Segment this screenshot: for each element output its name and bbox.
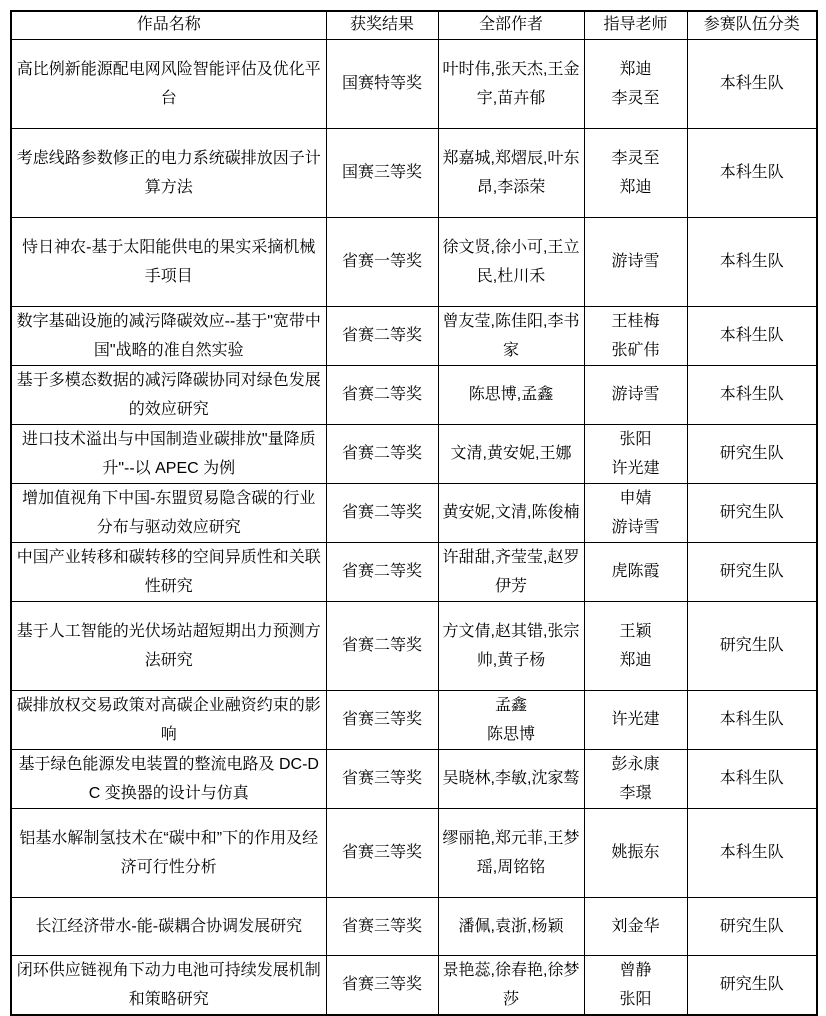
cell-title: 闭环供应链视角下动力电池可持续发展机制和策略研究 bbox=[11, 955, 326, 1015]
cell-advisors: 曾静 张阳 bbox=[584, 955, 687, 1015]
table-row: 基于人工智能的光伏场站超短期出力预测方法研究 省赛二等奖 方文倩,赵其错,张宗帅… bbox=[11, 601, 817, 690]
page: 作品名称 获奖结果 全部作者 指导老师 参赛队伍分类 高比例新能源配电网风险智能… bbox=[0, 0, 826, 1012]
cell-category: 研究生队 bbox=[687, 955, 817, 1015]
cell-authors: 许甜甜,齐莹莹,赵罗伊芳 bbox=[438, 542, 584, 601]
cell-category: 本科生队 bbox=[687, 749, 817, 808]
cell-title: 增加值视角下中国-东盟贸易隐含碳的行业分布与驱动效应研究 bbox=[11, 483, 326, 542]
cell-advisors: 彭永康 李璟 bbox=[584, 749, 687, 808]
table-row: 恃日神农-基于太阳能供电的果实采摘机械手项目 省赛一等奖 徐文贤,徐小可,王立民… bbox=[11, 217, 817, 306]
cell-award: 省赛二等奖 bbox=[326, 365, 438, 424]
awards-table: 作品名称 获奖结果 全部作者 指导老师 参赛队伍分类 高比例新能源配电网风险智能… bbox=[10, 10, 818, 1016]
table-row: 数字基础设施的减污降碳效应--基于"宽带中国"战略的准自然实验 省赛二等奖 曾友… bbox=[11, 306, 817, 365]
table-row: 基于绿色能源发电装置的整流电路及 DC-DC 变换器的设计与仿真 省赛三等奖 吴… bbox=[11, 749, 817, 808]
cell-authors: 潘佩,袁浙,杨颖 bbox=[438, 897, 584, 955]
table-row: 进口技术溢出与中国制造业碳排放"量降质升"--以 APEC 为例 省赛二等奖 文… bbox=[11, 424, 817, 483]
cell-advisors: 申婧 游诗雪 bbox=[584, 483, 687, 542]
cell-award: 国赛三等奖 bbox=[326, 128, 438, 217]
cell-award: 省赛三等奖 bbox=[326, 955, 438, 1015]
cell-authors: 孟鑫 陈思博 bbox=[438, 690, 584, 749]
table-row: 闭环供应链视角下动力电池可持续发展机制和策略研究 省赛三等奖 景艳蕊,徐春艳,徐… bbox=[11, 955, 817, 1015]
header-authors: 全部作者 bbox=[438, 11, 584, 39]
cell-category: 本科生队 bbox=[687, 217, 817, 306]
cell-category: 本科生队 bbox=[687, 39, 817, 128]
cell-authors: 景艳蕊,徐春艳,徐梦莎 bbox=[438, 955, 584, 1015]
cell-award: 省赛二等奖 bbox=[326, 306, 438, 365]
cell-category: 研究生队 bbox=[687, 542, 817, 601]
cell-category: 本科生队 bbox=[687, 365, 817, 424]
header-advisors: 指导老师 bbox=[584, 11, 687, 39]
cell-title: 进口技术溢出与中国制造业碳排放"量降质升"--以 APEC 为例 bbox=[11, 424, 326, 483]
cell-award: 省赛三等奖 bbox=[326, 897, 438, 955]
cell-category: 本科生队 bbox=[687, 306, 817, 365]
cell-authors: 徐文贤,徐小可,王立民,杜川禾 bbox=[438, 217, 584, 306]
table-row: 中国产业转移和碳转移的空间异质性和关联性研究 省赛二等奖 许甜甜,齐莹莹,赵罗伊… bbox=[11, 542, 817, 601]
cell-advisors: 游诗雪 bbox=[584, 217, 687, 306]
table-row: 碳排放权交易政策对高碳企业融资约束的影响 省赛三等奖 孟鑫 陈思博 许光建 本科… bbox=[11, 690, 817, 749]
cell-award: 省赛二等奖 bbox=[326, 483, 438, 542]
table-row: 基于多模态数据的减污降碳协同对绿色发展的效应研究 省赛二等奖 陈思博,孟鑫 游诗… bbox=[11, 365, 817, 424]
cell-advisors: 郑迪 李灵至 bbox=[584, 39, 687, 128]
header-title: 作品名称 bbox=[11, 11, 326, 39]
cell-award: 省赛三等奖 bbox=[326, 808, 438, 897]
cell-category: 本科生队 bbox=[687, 808, 817, 897]
cell-title: 数字基础设施的减污降碳效应--基于"宽带中国"战略的准自然实验 bbox=[11, 306, 326, 365]
table-row: 考虑线路参数修正的电力系统碳排放因子计算方法 国赛三等奖 郑嘉城,郑熠辰,叶东昂… bbox=[11, 128, 817, 217]
cell-authors: 叶时伟,张天杰,王金宇,苗卉郁 bbox=[438, 39, 584, 128]
table-row: 增加值视角下中国-东盟贸易隐含碳的行业分布与驱动效应研究 省赛二等奖 黄安妮,文… bbox=[11, 483, 817, 542]
cell-title: 基于人工智能的光伏场站超短期出力预测方法研究 bbox=[11, 601, 326, 690]
cell-category: 研究生队 bbox=[687, 897, 817, 955]
cell-authors: 曾友莹,陈佳阳,李书家 bbox=[438, 306, 584, 365]
cell-title: 长江经济带水-能-碳耦合协调发展研究 bbox=[11, 897, 326, 955]
table-row: 铝基水解制氢技术在“碳中和”下的作用及经济可行性分析 省赛三等奖 缪丽艳,郑元菲… bbox=[11, 808, 817, 897]
header-row: 作品名称 获奖结果 全部作者 指导老师 参赛队伍分类 bbox=[11, 11, 817, 39]
table-row: 长江经济带水-能-碳耦合协调发展研究 省赛三等奖 潘佩,袁浙,杨颖 刘金华 研究… bbox=[11, 897, 817, 955]
cell-advisors: 王颖 郑迪 bbox=[584, 601, 687, 690]
cell-authors: 文清,黄安妮,王娜 bbox=[438, 424, 584, 483]
cell-award: 省赛三等奖 bbox=[326, 749, 438, 808]
table-row: 高比例新能源配电网风险智能评估及优化平台 国赛特等奖 叶时伟,张天杰,王金宇,苗… bbox=[11, 39, 817, 128]
cell-category: 本科生队 bbox=[687, 690, 817, 749]
cell-authors: 缪丽艳,郑元菲,王梦瑶,周铭铭 bbox=[438, 808, 584, 897]
cell-award: 国赛特等奖 bbox=[326, 39, 438, 128]
cell-authors: 陈思博,孟鑫 bbox=[438, 365, 584, 424]
cell-advisors: 张阳 许光建 bbox=[584, 424, 687, 483]
header-category: 参赛队伍分类 bbox=[687, 11, 817, 39]
cell-category: 研究生队 bbox=[687, 483, 817, 542]
cell-title: 基于多模态数据的减污降碳协同对绿色发展的效应研究 bbox=[11, 365, 326, 424]
cell-title: 考虑线路参数修正的电力系统碳排放因子计算方法 bbox=[11, 128, 326, 217]
cell-award: 省赛二等奖 bbox=[326, 542, 438, 601]
header-award: 获奖结果 bbox=[326, 11, 438, 39]
cell-title: 高比例新能源配电网风险智能评估及优化平台 bbox=[11, 39, 326, 128]
cell-authors: 方文倩,赵其错,张宗帅,黄子杨 bbox=[438, 601, 584, 690]
cell-authors: 黄安妮,文清,陈俊楠 bbox=[438, 483, 584, 542]
cell-title: 中国产业转移和碳转移的空间异质性和关联性研究 bbox=[11, 542, 326, 601]
cell-authors: 吴晓林,李敏,沈家骜 bbox=[438, 749, 584, 808]
cell-advisors: 许光建 bbox=[584, 690, 687, 749]
cell-advisors: 王桂梅 张矿伟 bbox=[584, 306, 687, 365]
cell-award: 省赛三等奖 bbox=[326, 690, 438, 749]
cell-category: 本科生队 bbox=[687, 128, 817, 217]
cell-advisors: 游诗雪 bbox=[584, 365, 687, 424]
cell-category: 研究生队 bbox=[687, 601, 817, 690]
cell-category: 研究生队 bbox=[687, 424, 817, 483]
cell-award: 省赛二等奖 bbox=[326, 601, 438, 690]
cell-title: 碳排放权交易政策对高碳企业融资约束的影响 bbox=[11, 690, 326, 749]
cell-advisors: 姚振东 bbox=[584, 808, 687, 897]
cell-title: 恃日神农-基于太阳能供电的果实采摘机械手项目 bbox=[11, 217, 326, 306]
cell-authors: 郑嘉城,郑熠辰,叶东昂,李添荣 bbox=[438, 128, 584, 217]
cell-title: 铝基水解制氢技术在“碳中和”下的作用及经济可行性分析 bbox=[11, 808, 326, 897]
cell-title: 基于绿色能源发电装置的整流电路及 DC-DC 变换器的设计与仿真 bbox=[11, 749, 326, 808]
cell-advisors: 虎陈霞 bbox=[584, 542, 687, 601]
cell-award: 省赛一等奖 bbox=[326, 217, 438, 306]
cell-advisors: 刘金华 bbox=[584, 897, 687, 955]
cell-award: 省赛二等奖 bbox=[326, 424, 438, 483]
cell-advisors: 李灵至 郑迪 bbox=[584, 128, 687, 217]
